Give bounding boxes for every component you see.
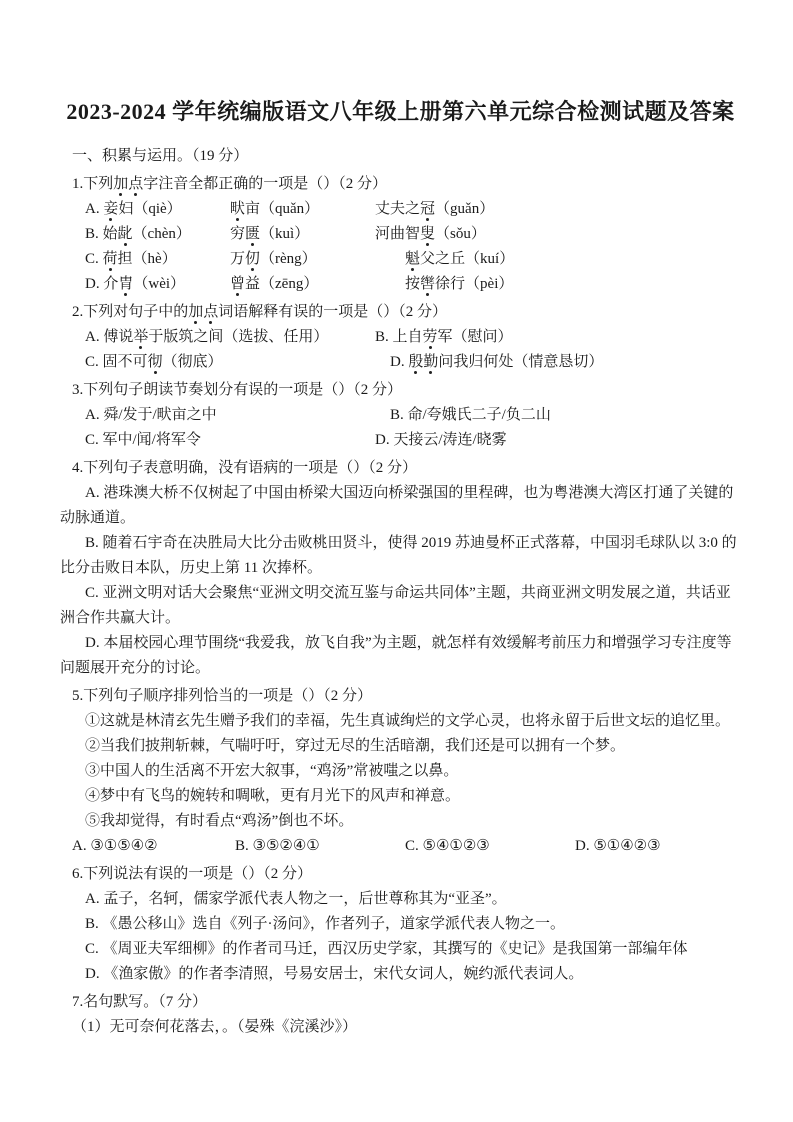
text-segment: C. 亚洲文明对话大会聚焦“亚洲文明交流互鉴与命运共同体”主题，共商亚洲文明发展… <box>60 585 731 626</box>
text-segment: A. 港珠澳大桥不仅树起了中国由桥梁大国迈向桥梁强国的里程碑，也为粤港澳大湾区打… <box>60 485 733 526</box>
text-segment: B. ③⑤②④① <box>235 838 320 854</box>
option-cell: D. 天接云/涛连/晓雾 <box>375 428 507 453</box>
text-segment: D. 介 <box>85 276 118 292</box>
text-segment: 冠 <box>420 201 435 217</box>
section-heading: 一、积累与运用。（19 分） <box>72 144 741 169</box>
text-segment: D. ⑤①④②③ <box>575 838 661 854</box>
option-row: A. ③①⑤④②B. ③⑤②④①C. ⑤④①②③D. ⑤①④②③ <box>72 834 741 859</box>
text-segment: 劳 <box>423 329 438 345</box>
text-segment: D. 天接云/涛连/晓雾 <box>375 432 507 448</box>
text-segment: B. 命/夸娥氏二子/负二山 <box>375 407 551 423</box>
option-paragraph: A. 港珠澳大桥不仅树起了中国由桥梁大国迈向桥梁强国的里程碑，也为粤港澳大湾区打… <box>60 481 741 531</box>
text-segment: 担（hè） <box>118 251 177 267</box>
text-segment: 河曲智 <box>375 226 420 242</box>
text-line: （1）无可奈何花落去，。（晏殊《浣溪沙》） <box>72 1015 741 1040</box>
option-cell: C. 军中/闻/将军令 <box>85 428 375 453</box>
text-segment: 彻 <box>148 354 163 370</box>
text-segment: 举 <box>133 329 148 345</box>
text-segment: B. 《愚公移山》选自《列子·汤问》，作者列子，道家学派代表人物之一。 <box>85 916 565 932</box>
text-segment: 魁 <box>405 251 420 267</box>
option-row: C. 固不可彻（彻底） D. 殷勤问我归何处（情意恳切） <box>85 350 741 375</box>
question-stem: 4.下列句子表意明确，没有语病的一项是（）（2 分） <box>72 456 741 481</box>
text-line: D. 《渔家傲》的作者李清照，号易安居士，宋代女词人，婉约派代表词人。 <box>85 962 741 987</box>
text-segment: D. 《渔家傲》的作者李清照，号易安居士，宋代女词人，婉约派代表词人。 <box>85 966 583 982</box>
text-segment: B. 始 <box>85 226 118 242</box>
option-row: A. 妾妇（qiè）畎亩（quǎn）丈夫之冠（guǎn） <box>85 197 741 222</box>
text-segment: 一、积累与运用。（19 分） <box>72 148 248 164</box>
text-segment: ②当我们披荆斩棘，气喘吁吁，穿过无尽的生活暗潮，我们还是可以拥有一个梦。 <box>85 738 625 754</box>
text-segment: 丈夫之 <box>375 201 420 217</box>
text-segment: 加 <box>113 176 128 192</box>
option-cell: 按辔徐行（pèi） <box>375 272 513 297</box>
text-segment: A. 孟子，名轲，儒家学派代表人物之一，后世尊称其为“亚圣”。 <box>85 891 507 907</box>
option-cell: 丈夫之冠（guǎn） <box>375 197 494 222</box>
text-segment: 3.下列句子朗读节奏划分有误的一项是（）（2 分） <box>72 382 402 398</box>
text-segment: 穷 <box>230 226 245 242</box>
text-segment: （kuì） <box>260 226 309 242</box>
text-segment: D. <box>375 354 408 370</box>
text-segment: 6.下列说法有误的一项是（）（2 分） <box>72 866 312 882</box>
text-segment: （wèi） <box>133 276 185 292</box>
text-segment: （guǎn） <box>435 201 494 217</box>
text-segment: D. 本届校园心理节围绕“我爱我，放飞自我”为主题，就怎样有效缓解考前压力和增强… <box>60 635 732 676</box>
option-cell: C. 固不可彻（彻底） <box>85 350 375 375</box>
option-cell: B. 始龀（chèn） <box>85 222 230 247</box>
text-segment: 点 <box>203 304 218 320</box>
option-paragraph: D. 本届校园心理节围绕“我爱我，放飞自我”为主题，就怎样有效缓解考前压力和增强… <box>60 631 741 681</box>
option-row: C. 荷担（hè）万仞（rèng） 魁父之丘（kuí） <box>85 247 741 272</box>
option-cell: B. ③⑤②④① <box>235 834 405 859</box>
text-line: ④梦中有飞鸟的婉转和啁啾，更有月光下的风声和禅意。 <box>85 784 741 809</box>
option-row: A. 傅说举于版筑之间（选拔、任用）B. 上自劳军（慰问） <box>85 325 741 350</box>
text-line: A. 孟子，名轲，儒家学派代表人物之一，后世尊称其为“亚圣”。 <box>85 887 741 912</box>
option-paragraph: C. 亚洲文明对话大会聚焦“亚洲文明交流互鉴与命运共同体”主题，共商亚洲文明发展… <box>60 581 741 631</box>
text-segment: 7.名句默写。（7 分） <box>72 994 207 1010</box>
text-segment: A. ③①⑤④② <box>72 838 158 854</box>
text-segment: C. 《周亚夫军细柳》的作者司马迁，西汉历史学家，其撰写的《史记》是我国第一部编… <box>85 941 688 957</box>
option-cell: 穷匮（kuì） <box>230 222 375 247</box>
text-segment: 徐行（pèi） <box>435 276 513 292</box>
page-title: 2023-2024 学年统编版语文八年级上册第六单元综合检测试题及答案 <box>60 97 741 127</box>
text-segment: （chèn） <box>133 226 191 242</box>
option-cell: A. ③①⑤④② <box>72 834 235 859</box>
text-segment: 益（zēng） <box>245 276 318 292</box>
option-cell: A. 妾妇（qiè） <box>85 197 230 222</box>
text-segment: 勤 <box>423 354 438 370</box>
text-segment: B. 上自 <box>375 329 423 345</box>
text-segment: B. 随着石宇奇在决胜局大比分击败桃田贤斗，使得 2019 苏迪曼杯正式落幕，中… <box>60 535 737 576</box>
option-cell: D. ⑤①④②③ <box>575 834 661 859</box>
text-segment: 匮 <box>245 226 260 242</box>
text-line: ⑤我却觉得，有时看点“鸡汤”倒也不坏。 <box>85 809 741 834</box>
text-segment: 于版筑之间（选拔、任用） <box>148 329 328 345</box>
option-cell: 曾益（zēng） <box>230 272 375 297</box>
text-line: B. 《愚公移山》选自《列子·汤问》，作者列子，道家学派代表人物之一。 <box>85 912 741 937</box>
option-cell: D. 殷勤问我归何处（情意恳切） <box>375 350 603 375</box>
option-row: B. 始龀（chèn）穷匮（kuì）河曲智叟（sǒu） <box>85 222 741 247</box>
text-segment: ①这就是林清玄先生赠予我们的幸福，先生真诚绚烂的文学心灵，也将永留于后世文坛的追… <box>85 713 730 729</box>
option-cell: B. 上自劳军（慰问） <box>375 325 513 350</box>
text-segment: （rèng） <box>260 251 317 267</box>
text-segment: 问我归何处（情意恳切） <box>438 354 603 370</box>
option-cell: 万仞（rèng） <box>230 247 375 272</box>
question-stem: 5.下列句子顺序排列恰当的一项是（）（2 分） <box>72 684 741 709</box>
option-row: A. 舜/发于/畎亩之中 B. 命/夸娥氏二子/负二山 <box>85 403 741 428</box>
text-segment: 5.下列句子顺序排列恰当的一项是（）（2 分） <box>72 688 372 704</box>
question-stem: 6.下列说法有误的一项是（）（2 分） <box>72 862 741 887</box>
text-segment: 亩（quǎn） <box>245 201 319 217</box>
text-line: C. 《周亚夫军细柳》的作者司马迁，西汉历史学家，其撰写的《史记》是我国第一部编… <box>85 937 741 962</box>
text-segment: 妇（qiè） <box>118 201 181 217</box>
text-segment: 4.下列句子表意明确，没有语病的一项是（）（2 分） <box>72 460 417 476</box>
option-cell: C. ⑤④①②③ <box>405 834 575 859</box>
text-segment: 叟 <box>420 226 435 242</box>
text-line: ①这就是林清玄先生赠予我们的幸福，先生真诚绚烂的文学心灵，也将永留于后世文坛的追… <box>85 709 741 734</box>
text-segment: 殷 <box>408 354 423 370</box>
option-row: C. 军中/闻/将军令D. 天接云/涛连/晓雾 <box>85 428 741 453</box>
question-stem: 2.下列对句子中的加点词语解释有误的一项是（）（2 分） <box>72 300 741 325</box>
text-segment: A. <box>85 201 103 217</box>
text-segment: A. 舜/发于/畎亩之中 <box>85 407 217 423</box>
text-segment: 字注音全都正确的一项是（）（2 分） <box>143 176 387 192</box>
text-segment: A. 傅说 <box>85 329 133 345</box>
question-stem: 1.下列加点字注音全都正确的一项是（）（2 分） <box>72 172 741 197</box>
exam-body: 一、积累与运用。（19 分）1.下列加点字注音全都正确的一项是（）（2 分）A.… <box>60 144 741 1040</box>
text-line: ②当我们披荆斩棘，气喘吁吁，穿过无尽的生活暗潮，我们还是可以拥有一个梦。 <box>85 734 741 759</box>
text-segment: 点 <box>128 176 143 192</box>
text-segment: 2.下列对句子中的 <box>72 304 188 320</box>
text-segment: C. <box>85 251 103 267</box>
text-segment: ③中国人的生活离不开宏大叙事，“鸡汤”常被嗤之以鼻。 <box>85 763 458 779</box>
text-segment: 词语解释有误的一项是（）（2 分） <box>218 304 447 320</box>
text-segment: 1.下列 <box>72 176 113 192</box>
option-row: D. 介胄（wèi）曾益（zēng） 按辔徐行（pèi） <box>85 272 741 297</box>
text-segment: 胄 <box>118 276 133 292</box>
option-cell: C. 荷担（hè） <box>85 247 230 272</box>
text-segment: 仞 <box>245 251 260 267</box>
option-cell: A. 舜/发于/畎亩之中 <box>85 403 375 428</box>
option-cell: 畎亩（quǎn） <box>230 197 375 222</box>
text-segment: 按 <box>375 276 420 292</box>
text-segment: ④梦中有飞鸟的婉转和啁啾，更有月光下的风声和禅意。 <box>85 788 460 804</box>
option-cell: B. 命/夸娥氏二子/负二山 <box>375 403 551 428</box>
text-segment: （sǒu） <box>435 226 486 242</box>
text-segment: 父之丘（kuí） <box>420 251 514 267</box>
text-segment: 曾 <box>230 276 245 292</box>
text-segment: 加 <box>188 304 203 320</box>
text-segment: 万 <box>230 251 245 267</box>
text-segment <box>375 251 405 267</box>
text-line: ③中国人的生活离不开宏大叙事，“鸡汤”常被嗤之以鼻。 <box>85 759 741 784</box>
option-cell: A. 傅说举于版筑之间（选拔、任用） <box>85 325 375 350</box>
text-segment: （彻底） <box>163 354 223 370</box>
text-segment: 辔 <box>420 276 435 292</box>
text-segment: 畎 <box>230 201 245 217</box>
text-segment: ⑤我却觉得，有时看点“鸡汤”倒也不坏。 <box>85 813 353 829</box>
text-segment: 妾 <box>103 201 118 217</box>
exam-page: 2023-2024 学年统编版语文八年级上册第六单元综合检测试题及答案 一、积累… <box>0 0 793 1122</box>
question-stem: 3.下列句子朗读节奏划分有误的一项是（）（2 分） <box>72 378 741 403</box>
text-segment: C. 军中/闻/将军令 <box>85 432 201 448</box>
text-segment: 荷 <box>103 251 118 267</box>
option-cell: D. 介胄（wèi） <box>85 272 230 297</box>
option-cell: 魁父之丘（kuí） <box>375 247 514 272</box>
text-segment: 军（慰问） <box>438 329 513 345</box>
text-segment: （1）无可奈何花落去，。（晏殊《浣溪沙》） <box>72 1019 357 1035</box>
option-paragraph: B. 随着石宇奇在决胜局大比分击败桃田贤斗，使得 2019 苏迪曼杯正式落幕，中… <box>60 531 741 581</box>
text-segment: 龀 <box>118 226 133 242</box>
text-segment: C. ⑤④①②③ <box>405 838 490 854</box>
question-stem: 7.名句默写。（7 分） <box>72 990 741 1015</box>
text-segment: C. 固不可 <box>85 354 148 370</box>
option-cell: 河曲智叟（sǒu） <box>375 222 486 247</box>
